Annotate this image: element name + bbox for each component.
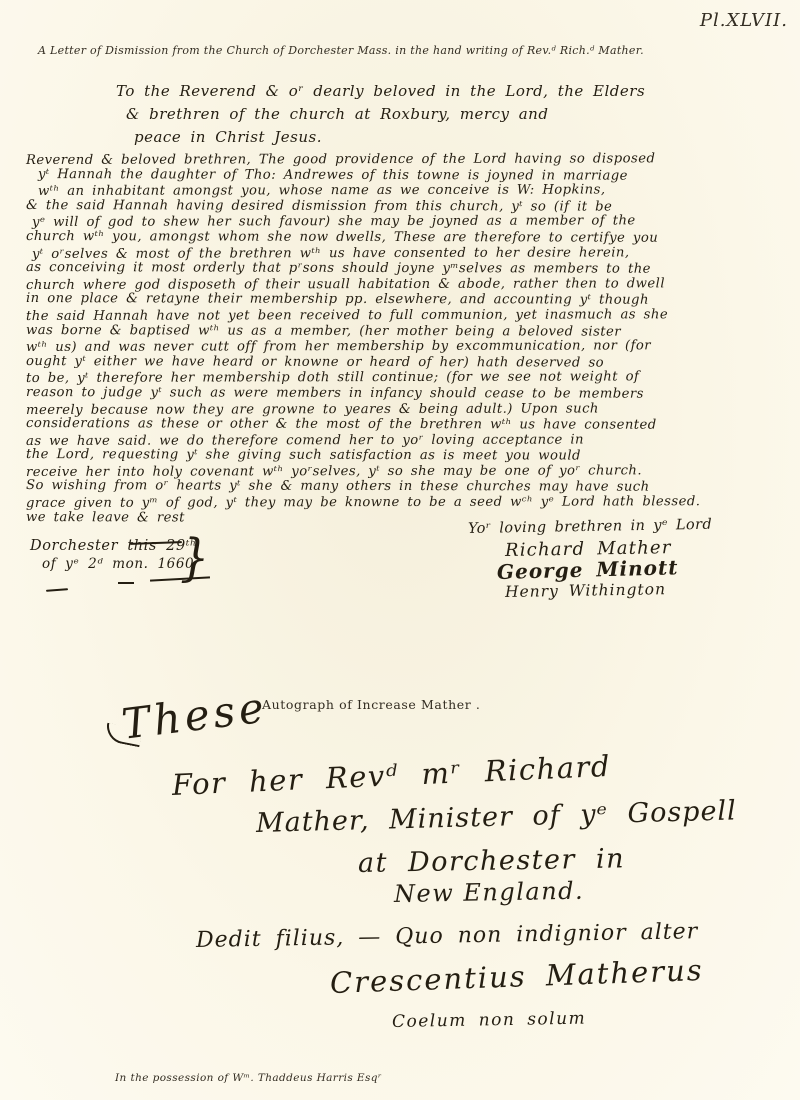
- letter-salutation: To the Reverend & oʳ dearly beloved in t…: [116, 80, 645, 149]
- letter-line: wᵗʰ an inhabitant amongst you, whose nam…: [26, 182, 771, 200]
- letter-line: the Lord, requesting yᵗ she giving such …: [26, 447, 771, 465]
- letter-line: the said Hannah have not yet been receiv…: [26, 307, 771, 325]
- salutation-line: & brethren of the church at Roxbury, mer…: [116, 103, 645, 126]
- letter-line: Reverend & beloved brethren, The good pr…: [26, 151, 771, 169]
- letter-line: church wᵗʰ you, amongst whom she now dwe…: [26, 229, 771, 247]
- signature-henry-withington: Henry Withington: [505, 580, 666, 601]
- autograph-caption: Autograph of Increase Mather .: [262, 697, 480, 712]
- engraved-plate: Pl.XLVII. A Letter of Dismission from th…: [0, 0, 800, 1100]
- letter-body: Reverend & beloved brethren, The good pr…: [26, 152, 771, 526]
- salutation-line: To the Reverend & oʳ dearly beloved in t…: [116, 80, 645, 103]
- plate-number: Pl.XLVII.: [700, 10, 788, 31]
- autograph-line-address-1: For her Revᵈ mʳ Richard: [171, 749, 611, 802]
- autograph-line-address-2: Mather, Minister of yᵉ Gospell: [256, 795, 738, 839]
- autograph-line-address-4: New England.: [394, 877, 585, 908]
- letter-line: in one place & retayne their membership …: [26, 291, 771, 309]
- letter-line: reason to judge yᵗ such as were members …: [26, 385, 771, 403]
- letter-line: as conceiving it most orderly that pʳson…: [26, 260, 771, 278]
- autograph-line-address-3: at Dorchester in: [358, 843, 626, 879]
- flourish-line: [46, 588, 68, 591]
- letter-closing: Yoʳ loving brethren in yᵉ Lord: [468, 517, 712, 537]
- letter-line: yᵉ will of god to shew her such favour) …: [26, 213, 771, 231]
- autograph-line-these: These: [119, 682, 270, 748]
- possession-note: In the possession of Wᵐ. Thaddeus Harris…: [115, 1072, 382, 1084]
- letter-line: considerations as these or other & the m…: [26, 416, 771, 434]
- salutation-line: peace in Christ Jesus.: [116, 126, 645, 149]
- dateline-place: Dorchester this 29ᵗʰ: [30, 538, 197, 554]
- dateline-date: of yᵉ 2ᵈ mon. 1660: [42, 556, 194, 572]
- plate-caption: A Letter of Dismission from the Church o…: [38, 44, 644, 57]
- letter-line: to be, yᵗ therefore her membership doth …: [26, 369, 771, 387]
- letter-line: wᵗʰ us) and was never cutt off from her …: [26, 338, 771, 356]
- signature-crescentius-matherus: Crescentius Matherus: [329, 953, 704, 1000]
- letter-line: grace given to yᵐ of god, yᵗ they may be…: [26, 494, 771, 512]
- latin-motto-line: Coelum non solum: [392, 1009, 587, 1032]
- flourish-line: [118, 582, 134, 584]
- latin-motto-line: Dedit filius, — Quo non indignior alter: [196, 919, 699, 953]
